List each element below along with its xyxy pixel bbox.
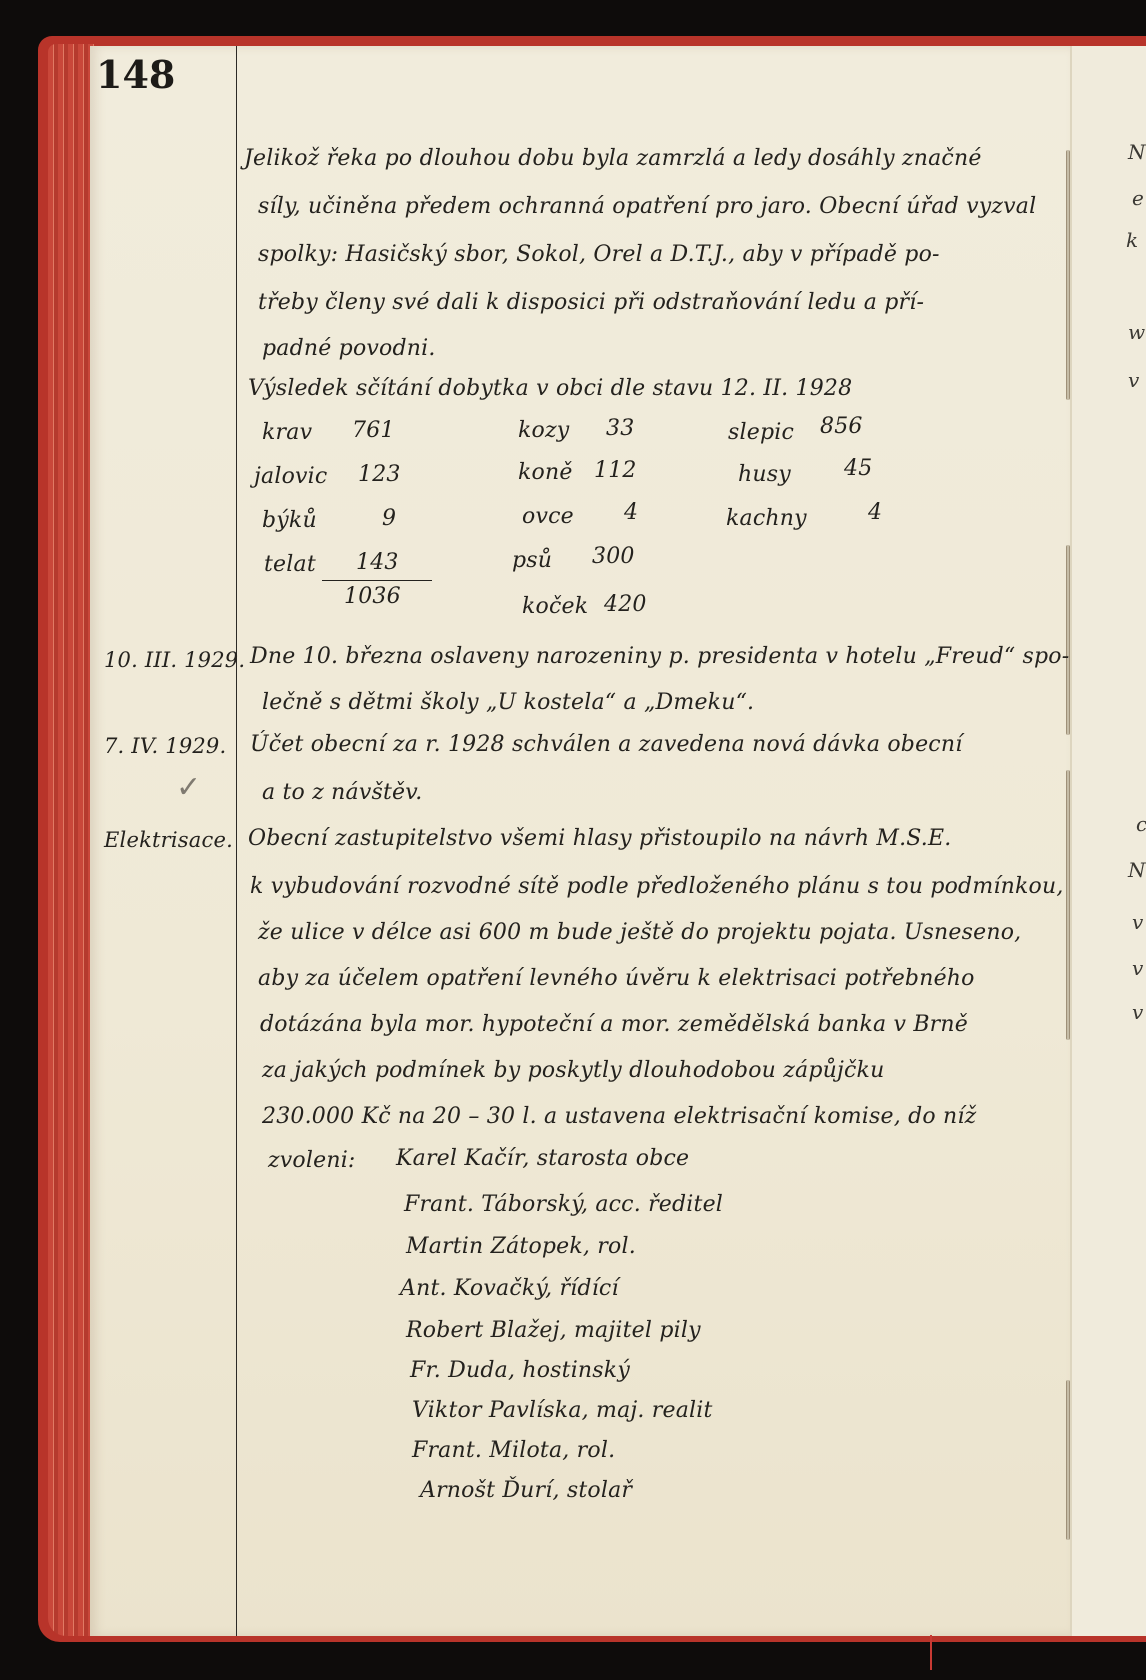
census-label: koně bbox=[518, 460, 573, 485]
census-label: ovce bbox=[522, 504, 574, 529]
committee-member: Martin Zátopek, rol. bbox=[406, 1234, 636, 1259]
text-line: Obecní zastupitelstvo všemi hlasy přisto… bbox=[248, 826, 951, 851]
text-line: padné povodni. bbox=[262, 336, 436, 361]
committee-member: Frant. Táborský, acc. ředitel bbox=[404, 1192, 723, 1217]
committee-member: Frant. Milota, rol. bbox=[412, 1438, 615, 1463]
census-value: 45 bbox=[844, 456, 872, 481]
census-heading: Výsledek sčítání dobytka v obci dle stav… bbox=[248, 376, 852, 401]
text-line: spolky: Hasičský sbor, Sokol, Orel a D.T… bbox=[258, 242, 940, 267]
next-page-fragment: v bbox=[1128, 368, 1139, 392]
census-value: 300 bbox=[592, 544, 635, 569]
census-label: krav bbox=[262, 420, 312, 445]
margin-date: 10. III. 1929. bbox=[104, 648, 245, 672]
binding-stitch bbox=[1066, 545, 1070, 735]
census-label: býků bbox=[262, 508, 317, 533]
next-page-fragment: v bbox=[1132, 910, 1143, 934]
text-line: lečně s dětmi školy „U kostela“ a „Dmeku… bbox=[262, 690, 754, 715]
text-line: aby za účelem opatření levného úvěru k e… bbox=[258, 966, 975, 991]
census-label: psů bbox=[512, 548, 552, 573]
census-value: 4 bbox=[868, 500, 882, 525]
next-page-fragment: N bbox=[1128, 140, 1146, 164]
checkmark-icon: ✓ bbox=[176, 770, 201, 805]
margin-rule bbox=[236, 46, 237, 1636]
next-page-fragment: w bbox=[1128, 320, 1145, 344]
census-value: 761 bbox=[352, 418, 395, 443]
census-label: slepic bbox=[728, 420, 794, 445]
text-line: Jelikož řeka po dlouhou dobu byla zamrzl… bbox=[244, 146, 982, 171]
census-value: 143 bbox=[356, 550, 399, 575]
text-line: dotázána byla mor. hypoteční a mor. země… bbox=[260, 1012, 968, 1037]
binding-stitch bbox=[1066, 770, 1070, 1040]
census-label: jalovic bbox=[254, 464, 327, 489]
page-edges bbox=[48, 44, 94, 1636]
census-value: 856 bbox=[820, 414, 863, 439]
text-line: Dne 10. března oslaveny narozeniny p. pr… bbox=[250, 644, 1069, 669]
census-label: husy bbox=[738, 462, 791, 487]
next-page-fragment: e bbox=[1132, 186, 1144, 210]
census-value: 123 bbox=[358, 462, 401, 487]
red-bookmark-thread bbox=[930, 1635, 932, 1670]
next-page-fragment: c bbox=[1136, 812, 1146, 836]
sum-line bbox=[322, 580, 432, 581]
census-label: koček bbox=[522, 594, 588, 619]
committee-member: Karel Kačír, starosta obce bbox=[396, 1146, 689, 1171]
census-label: kachny bbox=[726, 506, 807, 531]
margin-heading: Elektrisace. bbox=[104, 828, 233, 852]
binding-stitch bbox=[1066, 150, 1070, 400]
committee-member: Robert Blažej, majitel pily bbox=[406, 1318, 701, 1343]
text-line: že ulice v délce asi 600 m bude ještě do… bbox=[258, 920, 1021, 945]
census-value: 112 bbox=[594, 458, 637, 483]
text-line: a to z návštěv. bbox=[262, 780, 422, 805]
page-number: 148 bbox=[96, 52, 175, 97]
census-value: 4 bbox=[624, 500, 638, 525]
next-page-fragment: k bbox=[1126, 228, 1138, 252]
next-page-fragment: v bbox=[1132, 956, 1143, 980]
text-line: za jakých podmínek by poskytly dlouhodob… bbox=[262, 1058, 884, 1083]
committee-member: Viktor Pavlíska, maj. realit bbox=[412, 1398, 713, 1423]
next-page-fragment: v bbox=[1132, 1000, 1143, 1024]
text-line: k vybudování rozvodné sítě podle předlož… bbox=[250, 874, 1064, 899]
census-label: telat bbox=[264, 552, 316, 577]
next-page-sliver bbox=[1070, 46, 1146, 1636]
census-value: 420 bbox=[604, 592, 647, 617]
binding-stitch bbox=[1066, 1380, 1070, 1540]
census-value: 33 bbox=[606, 416, 634, 441]
committee-member: Fr. Duda, hostinský bbox=[410, 1358, 630, 1383]
census-label: kozy bbox=[518, 418, 569, 443]
text-line: síly, učiněna předem ochranná opatření p… bbox=[258, 194, 1036, 219]
census-total: 1036 bbox=[344, 584, 401, 609]
census-value: 9 bbox=[382, 506, 396, 531]
committee-member: Arnošt Ďurí, stolař bbox=[420, 1478, 632, 1503]
committee-member: Ant. Kovačký, řídící bbox=[400, 1276, 619, 1301]
text-line: Účet obecní za r. 1928 schválen a zavede… bbox=[250, 732, 962, 757]
margin-date: 7. IV. 1929. bbox=[104, 734, 226, 758]
elected-label: zvoleni: bbox=[268, 1148, 356, 1173]
next-page-fragment: N bbox=[1128, 858, 1146, 882]
text-line: třeby členy své dali k disposici při ods… bbox=[258, 290, 924, 315]
text-line: 230.000 Kč na 20 – 30 l. a ustavena elek… bbox=[262, 1104, 976, 1129]
